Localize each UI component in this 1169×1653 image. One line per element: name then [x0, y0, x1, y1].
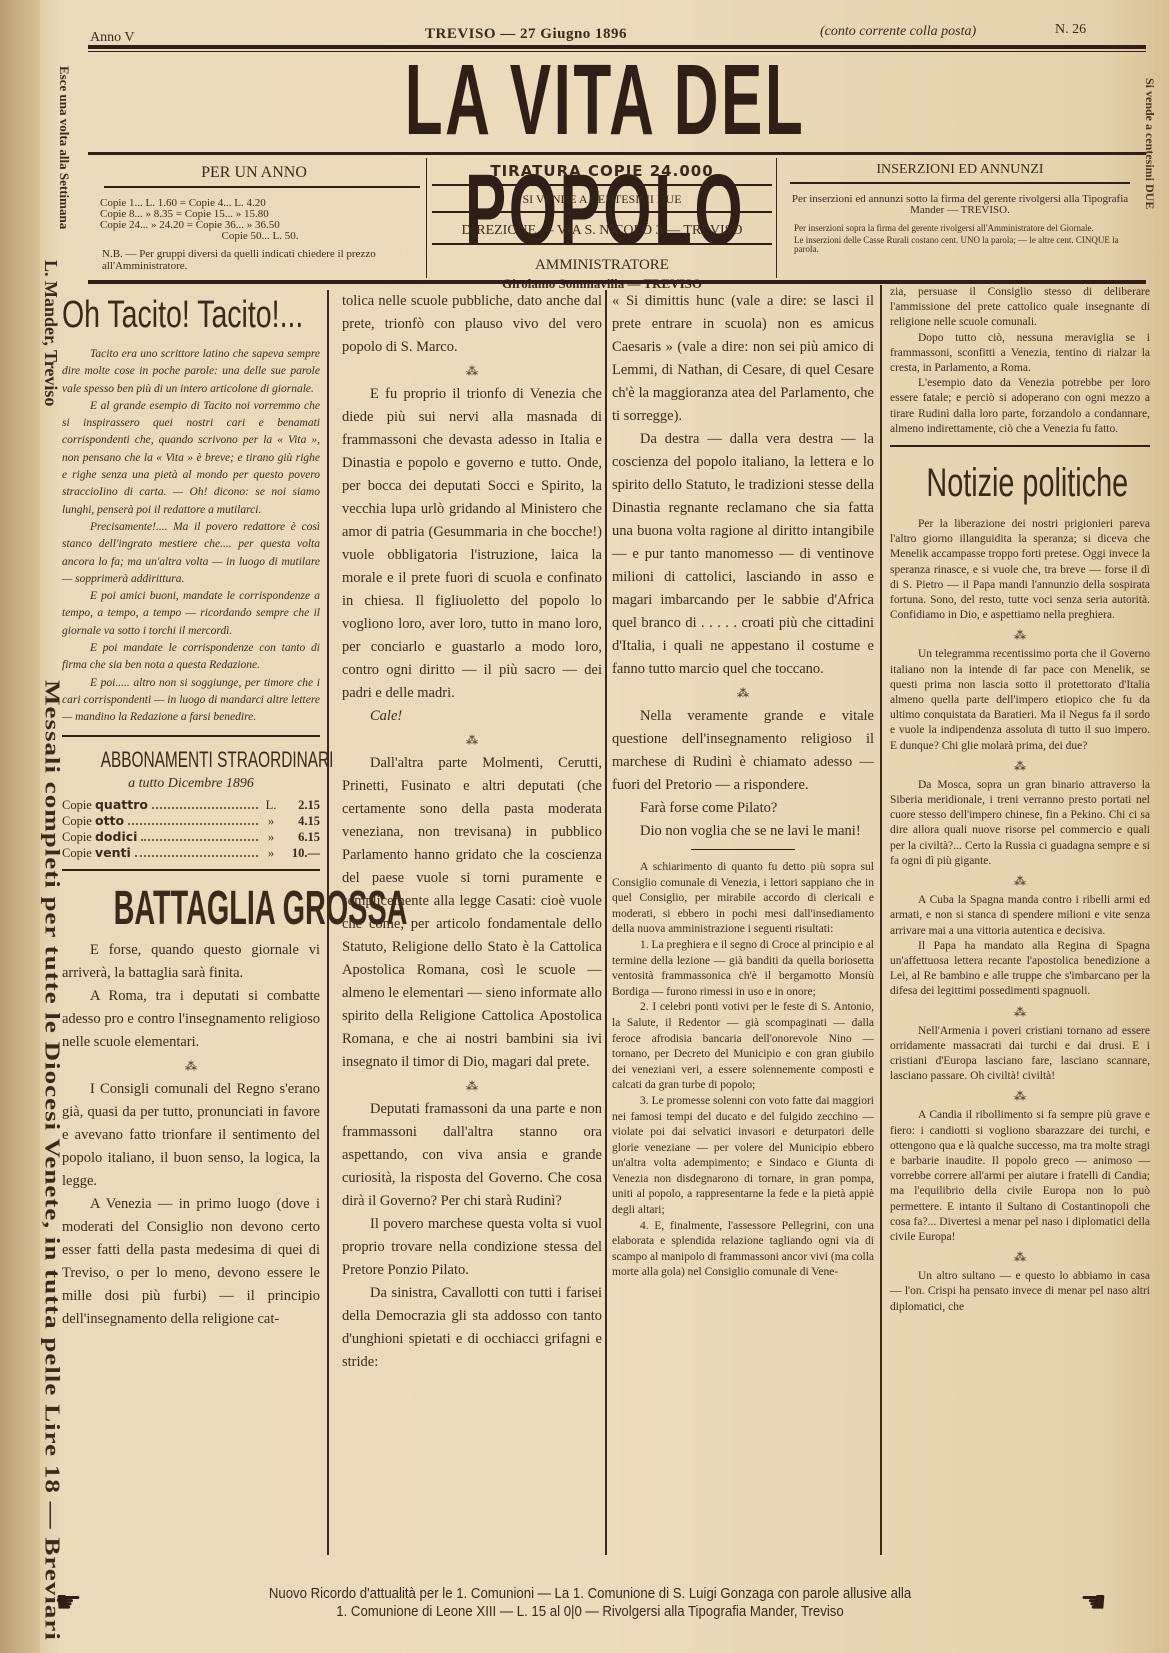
paragraph: zia, persuase il Consiglio stesso di del…	[890, 285, 1150, 331]
row-label: Copie	[62, 846, 92, 860]
column-2: tolica nelle scuole pubbliche, dato anch…	[342, 290, 602, 1374]
volume-year: Anno V	[90, 30, 134, 46]
section-rule	[62, 869, 320, 871]
subscription-note: N.B. — Per gruppi diversi da quelli indi…	[88, 248, 420, 272]
paragraph: Da sinistra, Cavallotti con tutti i fari…	[342, 1282, 602, 1374]
row-label: Copie	[62, 798, 92, 812]
price-note-vertical: Si vende a centesimi DUE	[1142, 78, 1157, 209]
row-price: 4.15	[280, 813, 320, 829]
section-rule	[890, 445, 1150, 447]
special-subscriptions-subtitle: a tutto Dicembre 1896	[62, 775, 320, 793]
article-tacito: Tacito era uno scrittore latino che sape…	[62, 346, 320, 727]
footer-line-1: Nuovo Ricordo d'attualità per le 1. Comu…	[168, 1585, 1013, 1603]
row-price: 2.15	[280, 797, 320, 813]
row-qty: otto	[95, 813, 124, 828]
paragraph: Precisamente!.... Ma il povero redattore…	[62, 519, 320, 588]
column-3: « Si dimittis hunc (vale a dire: se lasc…	[612, 290, 874, 1281]
paragraph: A Cuba la Spagna manda contro i ribelli …	[890, 893, 1150, 939]
subscription-heading: PER UN ANNO	[88, 164, 420, 182]
section-asterism: ⁂	[62, 1058, 320, 1074]
row-label: Copie	[62, 830, 92, 844]
paragraph: Deputati framassoni da una parte e non f…	[342, 1098, 602, 1213]
special-subscriptions-table: Copie quattroL.2.15 Copie otto»4.15 Copi…	[62, 797, 320, 861]
paragraph: 4. E, finalmente, l'assessore Pellegrini…	[612, 1219, 874, 1281]
row-currency: L.	[262, 797, 280, 813]
leader-dots	[152, 797, 258, 809]
paragraph: Da destra — dalla vera destra — la cosci…	[612, 428, 874, 681]
postal-note: (conto corrente colla posta)	[820, 24, 976, 40]
administrator-label: AMMINISTRATORE	[432, 257, 772, 274]
ads-text-2: Per inserzioni sopra la firma del gerent…	[780, 224, 1140, 233]
paragraph: 3. Le promesse solenni con voto fatte da…	[612, 1094, 874, 1219]
row-currency: »	[262, 829, 280, 845]
row-currency: »	[262, 845, 280, 861]
rate-line: Copie 50... L. 50.	[100, 231, 420, 242]
article-title-battaglia: BATTAGLIA GROSSA	[114, 879, 269, 939]
row-currency: »	[262, 813, 280, 829]
ads-text-3: Le inserzioni delle Casse Rurali costano…	[780, 236, 1140, 254]
issue-number: N. 26	[1055, 22, 1086, 38]
paragraph: A Candia il ribollimento si fa sempre pi…	[890, 1108, 1150, 1245]
row-price: 6.15	[280, 829, 320, 845]
paragraph: A schiarimento di quanto fu detto più so…	[612, 860, 874, 938]
distribution-box: TIRATURA COPIE 24.000 SI VENDE A CENTESI…	[432, 158, 772, 278]
table-row: Copie venti»10.—	[62, 845, 320, 861]
divider	[426, 158, 427, 278]
paragraph: Un altro sultano — e questo lo abbiamo i…	[890, 1269, 1150, 1315]
leader-dots	[128, 813, 258, 825]
pointing-hand-icon: ☛	[55, 1585, 82, 1620]
section-asterism: ⁂	[890, 1004, 1150, 1020]
section-asterism: ⁂	[890, 758, 1150, 774]
rule	[790, 182, 1130, 184]
spine-publisher: L. Mander, Treviso	[40, 260, 61, 406]
section-asterism: ⁂	[890, 1249, 1150, 1265]
paragraph: Dio non voglia che se ne lavi le mani!	[612, 820, 874, 843]
ads-heading: INSERZIONI ED ANNUNZI	[780, 162, 1140, 178]
paragraph: Da Mosca, sopra un gran binario attraver…	[890, 778, 1150, 869]
venice-council-note: A schiarimento di quanto fu detto più so…	[612, 860, 874, 1281]
weekly-note: Esce una volta alla Settimana	[56, 66, 72, 229]
divider	[776, 158, 777, 278]
paragraph: Un telegramma recentissimo porta che il …	[890, 647, 1150, 753]
masthead-bottom-rule	[88, 152, 1146, 155]
section-asterism: ⁂	[612, 685, 874, 701]
leader-dots	[141, 829, 258, 841]
paragraph: Nella veramente grande e vitale question…	[612, 705, 874, 797]
article-battaglia: E forse, quando questo giornale vi arriv…	[62, 939, 320, 1331]
paragraph: Cale!	[342, 705, 602, 728]
paragraph: I Consigli comunali del Regno s'erano gi…	[62, 1078, 320, 1193]
paragraph: Il povero marchese questa volta si vuol …	[342, 1213, 602, 1282]
section-asterism: ⁂	[890, 1088, 1150, 1104]
section-asterism: ⁂	[342, 1078, 602, 1094]
paragraph: Il Papa ha mandato alla Regina di Spagna…	[890, 939, 1150, 1000]
masthead-topline: Anno V TREVISO — 27 Giugno 1896 (conto c…	[80, 22, 1150, 44]
table-row: Copie dodici»6.15	[62, 829, 320, 845]
paragraph: A Venezia — in primo luogo (dove i moder…	[62, 1193, 320, 1331]
paragraph: Tacito era uno scrittore latino che sape…	[62, 346, 320, 398]
paragraph: L'esempio dato da Venezia potrebbe per l…	[890, 376, 1150, 437]
paragraph: E fu proprio il trionfo di Venezia che d…	[342, 383, 602, 705]
section-asterism: ⁂	[890, 873, 1150, 889]
paragraph: E poi..... altro non si soggiunge, per t…	[62, 675, 320, 727]
column-1: Oh Tacito! Tacito!... Tacito era uno scr…	[62, 290, 320, 1331]
table-row: Copie otto»4.15	[62, 813, 320, 829]
pointing-hand-icon: ☛	[1080, 1585, 1107, 1620]
paragraph: 1. La preghiera e il segno di Croce al p…	[612, 938, 874, 1000]
circulation: TIRATURA COPIE 24.000	[432, 162, 772, 180]
rule	[104, 186, 420, 188]
column-4: zia, persuase il Consiglio stesso di del…	[890, 285, 1150, 1315]
paragraph: Farà forse come Pilato?	[612, 797, 874, 820]
row-qty: dodici	[95, 829, 137, 844]
price-note: SI VENDE A CENTESIMI DUE	[432, 192, 772, 207]
paragraph: E al grande esempio di Tacito noi vorrem…	[62, 398, 320, 519]
paragraph: E forse, quando questo giornale vi arriv…	[62, 939, 320, 985]
row-qty: venti	[95, 845, 131, 860]
section-title-notizie: Notizie politiche	[926, 455, 1113, 511]
issue-date: TREVISO — 27 Giugno 1896	[425, 26, 627, 43]
header-bottom-rule	[88, 280, 1146, 284]
paragraph: E poi amici buoni, mandate le corrispond…	[62, 588, 320, 640]
table-row: Copie quattroL.2.15	[62, 797, 320, 813]
rule	[432, 243, 772, 245]
ads-text-1: Per inserzioni ed annunzi sotto la firma…	[780, 194, 1140, 216]
paragraph: Dall'altra parte Molmenti, Cerutti, Prin…	[342, 752, 602, 1074]
rule	[432, 184, 772, 186]
row-qty: quattro	[95, 797, 148, 812]
binding-edge	[0, 0, 40, 1653]
ads-box: INSERZIONI ED ANNUNZI Per inserzioni ed …	[780, 158, 1140, 278]
paragraph: Dopo tutto ciò, nessuna meraviglia se i …	[890, 331, 1150, 377]
footer-line-2: 1. Comunione di Leone XIII — L. 15 al 0|…	[168, 1603, 1013, 1621]
section-asterism: ⁂	[342, 732, 602, 748]
subscription-box: PER UN ANNO Copie 1... L. 1.60 = Copie 4…	[88, 158, 420, 278]
section-rule	[62, 735, 320, 737]
subscription-rates: Copie 1... L. 1.60 = Copie 4... L. 4.20 …	[88, 198, 420, 242]
paragraph: Per la liberazione dei nostri prigionier…	[890, 517, 1150, 623]
paragraph: 2. I celebri ponti votivi per le feste d…	[612, 1000, 874, 1094]
paragraph: E poi mandate le corrispondenze con tant…	[62, 640, 320, 675]
paragraph: A Roma, tra i deputati si combatte adess…	[62, 985, 320, 1054]
editorial-address: DIREZIONE — VIA S. NICOLÒ 3 — TREVISO	[432, 223, 772, 239]
leader-dots	[135, 845, 258, 857]
rule	[432, 211, 772, 213]
column-divider	[880, 285, 882, 1555]
short-rule	[691, 849, 796, 850]
section-asterism: ⁂	[890, 627, 1150, 643]
row-price: 10.—	[280, 845, 320, 861]
footer-advert: Nuovo Ricordo d'attualità per le 1. Comu…	[168, 1585, 1013, 1621]
column-divider	[605, 290, 607, 1555]
article-title-tacito: Oh Tacito! Tacito!...	[62, 290, 256, 340]
paragraph: Nell'Armenia i poveri cristiani tornano …	[890, 1024, 1150, 1085]
special-subscriptions-title: ABBONAMENTI STRAORDINARI	[101, 745, 282, 775]
row-label: Copie	[62, 814, 92, 828]
paragraph: « Si dimittis hunc (vale a dire: se lasc…	[612, 290, 874, 428]
section-asterism: ⁂	[342, 363, 602, 379]
paragraph: tolica nelle scuole pubbliche, dato anch…	[342, 290, 602, 359]
